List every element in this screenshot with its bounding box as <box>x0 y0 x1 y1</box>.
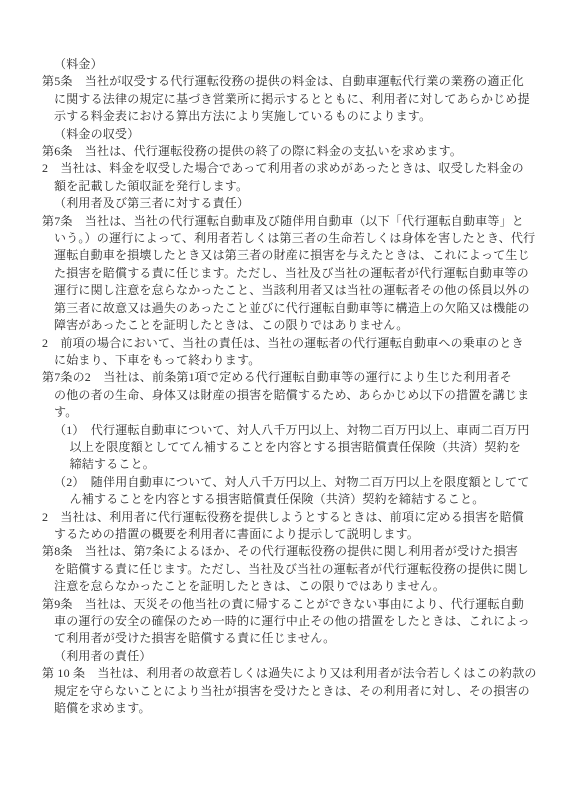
body-line: 賠償を求めます。 <box>42 700 526 717</box>
body-line: 額を記載した領収証を発行します。 <box>42 178 526 195</box>
body-line: 運行に関し注意を怠らなかったこと、当該利用者又は当社の運転者その他の係員以外の <box>42 282 526 299</box>
body-line: 示する料金表における算出方法により実施しているものによります。 <box>42 108 526 125</box>
document-body: （料金）第5条 当社が収受する代行運転役務の提供の料金は、自動車運転代行業の業務… <box>42 56 526 717</box>
body-line: 規定を守らないことにより当社が損害を受けたときは、その利用者に対し、その損害の <box>42 683 526 700</box>
body-line: 第三者に故意又は過失のあったこと並びに代行運転自動車等に構造上の欠陥又は機能の <box>42 300 526 317</box>
body-line: 運転自動車を損壊したとき又は第三者の財産に損害を与えたときは、これによって生じ <box>42 247 526 264</box>
item-body-line: 締結すること。 <box>42 456 526 473</box>
article-first-line: 第7条の2 当社は、前条第1項で定める代行運転自動車等の運行により生じた利用者そ <box>42 369 526 386</box>
section-heading: （料金） <box>42 56 526 73</box>
section-heading: （料金の収受） <box>42 126 526 143</box>
paragraph-first-line: 2 前項の場合において、当社の責任は、当社の運転者の代行運転自動車への乗車のとき <box>42 335 526 352</box>
body-line: 車の運行の安全の確保のため一時的に運行中止その他の措置をしたときは、これによっ <box>42 613 526 630</box>
body-line: た損害を賠償する責に任じます。ただし、当社及び当社の運転者が代行運転自動車等の <box>42 265 526 282</box>
article-first-line: 第6条 当社は、代行運転役務の提供の終了の際に料金の支払いを求めます。 <box>42 143 526 160</box>
article-first-line: 第9条 当社は、天災その他当社の責に帰することができない事由により、代行運転自動 <box>42 596 526 613</box>
body-line: の他の者の生命、身体又は財産の損害を賠償するため、あらかじめ以下の措置を講じま <box>42 387 526 404</box>
body-line: に関する法律の規定に基づき営業所に掲示するとともに、利用者に対してあらかじめ提 <box>42 91 526 108</box>
article-first-line: 第8条 当社は、第7条によるほか、その代行運転役務の提供に関し利用者が受けた損害 <box>42 543 526 560</box>
body-line: 障害があったことを証明したときは、この限りではありません。 <box>42 317 526 334</box>
article-first-line: 第5条 当社が収受する代行運転役務の提供の料金は、自動車運転代行業の業務の適正化 <box>42 73 526 90</box>
article-first-line: 第 10 条 当社は、利用者の故意若しくは過失により又は利用者が法令若しくはこの… <box>42 665 526 682</box>
paragraph-first-line: 2 当社は、利用者に代行運転役務を提供しようとするときは、前項に定める損害を賠償 <box>42 509 526 526</box>
body-line: を賠償する責に任じます。ただし、当社及び当社の運転者が代行運転役務の提供に関し <box>42 561 526 578</box>
body-line: に始まり、下車をもって終わります。 <box>42 352 526 369</box>
body-line: 注意を怠らなかったことを証明したときは、この限りではありません。 <box>42 578 526 595</box>
body-line: て利用者が受けた損害を賠償する責に任じません。 <box>42 630 526 647</box>
section-heading: （利用者の責任） <box>42 648 526 665</box>
item-first-line: （2） 随伴用自動車について、対人八千万円以上、対物二百万円以上を限度額としてて <box>42 474 526 491</box>
body-line: す。 <box>42 404 526 421</box>
paragraph-first-line: 2 当社は、料金を収受した場合であって利用者の求めがあったときは、収受した料金の <box>42 160 526 177</box>
item-body-line: 以上を限度額としててん補することを内容とする損害賠償責任保険（共済）契約を <box>42 439 526 456</box>
item-body-line: ん補することを内容とする損害賠償責任保険（共済）契約を締結すること。 <box>42 491 526 508</box>
document-page: （料金）第5条 当社が収受する代行運転役務の提供の料金は、自動車運転代行業の業務… <box>0 0 566 800</box>
body-line: するための措置の概要を利用者に書面により提示して説明します。 <box>42 526 526 543</box>
section-heading: （利用者及び第三者に対する責任） <box>42 195 526 212</box>
article-first-line: 第7条 当社は、当社の代行運転自動車及び随伴用自動車（以下「代行運転自動車等」と <box>42 213 526 230</box>
body-line: いう。）の運行によって、利用者若しくは第三者の生命若しくは身体を害したとき、代行 <box>42 230 526 247</box>
item-first-line: （1） 代行運転自動車について、対人八千万円以上、対物二百万円以上、車両二百万円 <box>42 422 526 439</box>
